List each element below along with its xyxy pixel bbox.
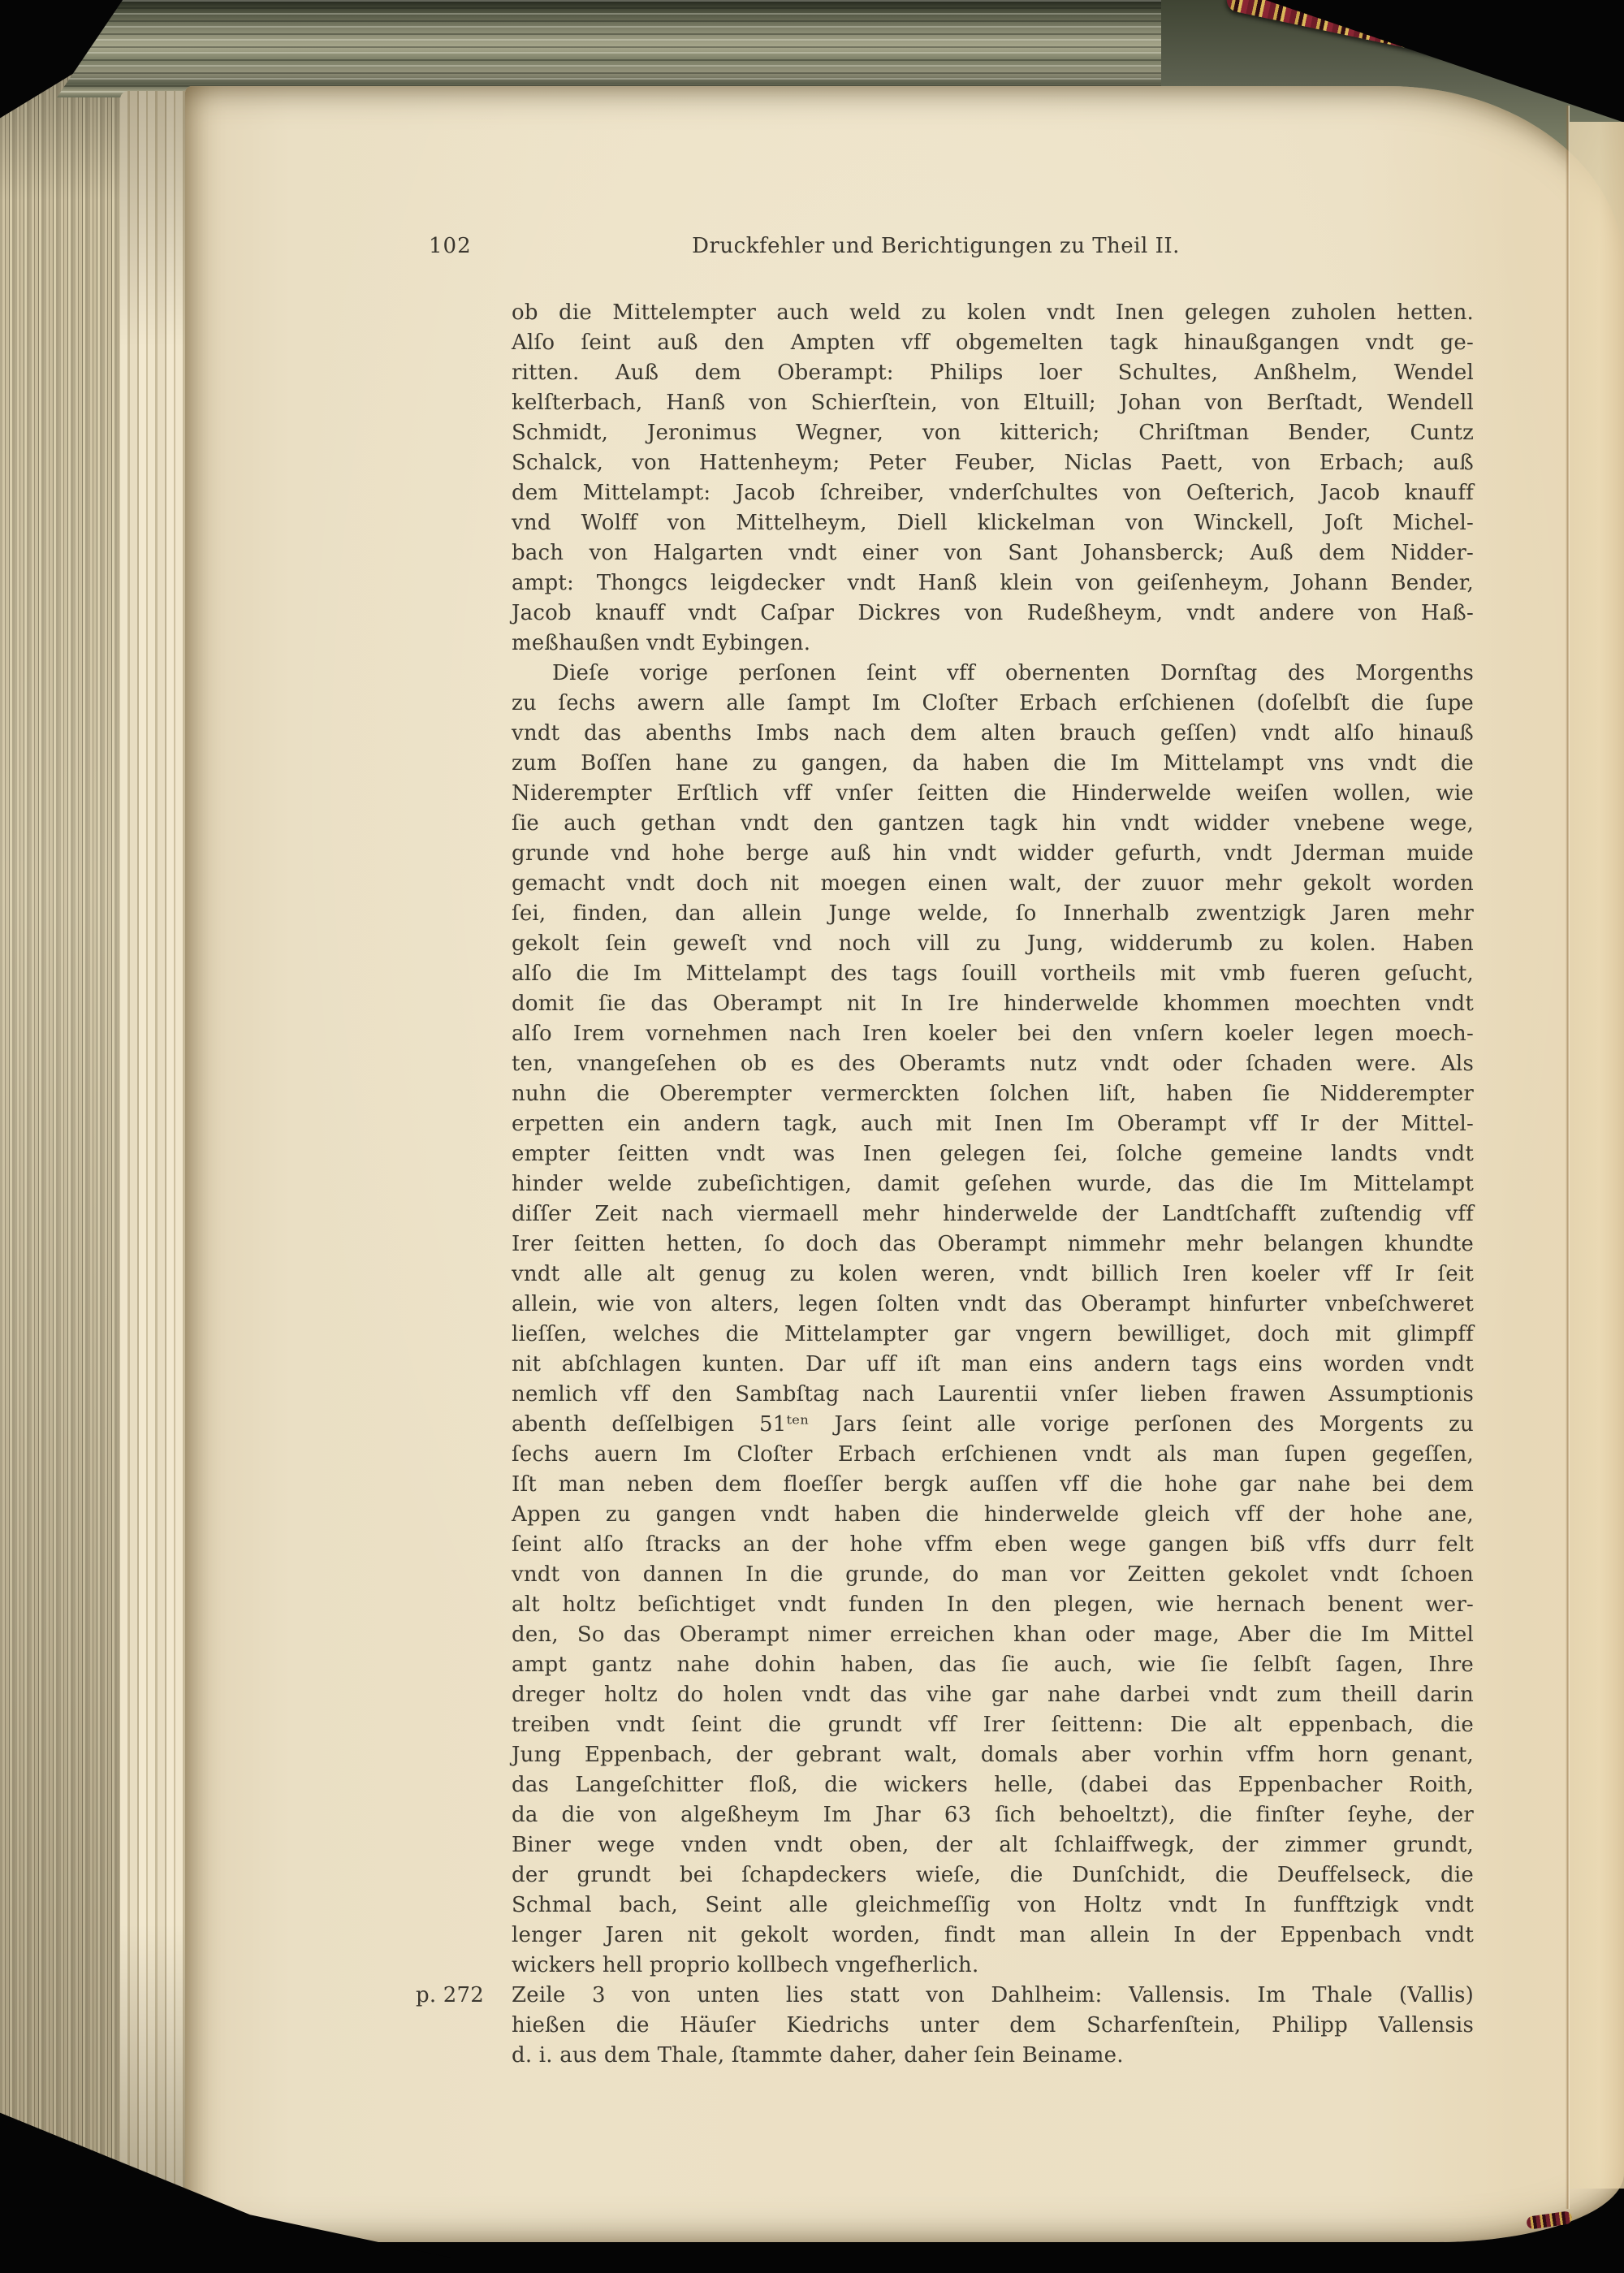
text-line: wickers hell proprio kollbech vngefherli… [512,1951,1474,1981]
text-line: zum Boſſen hane zu gangen, da haben die … [512,749,1474,779]
text-line: empter ſeitten vndt was Inen gelegen ſei… [512,1139,1474,1169]
text-line: grunde vnd hohe berge auß hin vndt widde… [512,839,1474,869]
text-line: ampt gantz nahe dohin haben, das ſie auc… [512,1650,1474,1680]
text-line: abenth deſſelbigen 51ᵗᵉⁿ Jars ſeint alle… [512,1410,1474,1440]
text-line: treiben vndt ſeint die grundt vff Irer ſ… [512,1710,1474,1740]
text-line: hinder welde zubeſichtigen, damit geſehe… [512,1169,1474,1199]
text-line: Schmal bach, Seint alle gleichmeſſig von… [512,1891,1474,1921]
text-line: vndt von dannen In die grunde, do man vo… [512,1560,1474,1590]
text-line: ten, vnangeſehen ob es des Oberamts nutz… [512,1049,1474,1079]
text-line: lieſſen, welches die Mittelampter gar vn… [512,1320,1474,1350]
text-line: ritten. Auß dem Oberampt: Philips loer S… [512,358,1474,388]
running-header: Druckfehler und Berichtigungen zu Theil … [512,231,1474,261]
text-line: da die von algeßheym Im Jhar 63 ſich beh… [512,1800,1474,1830]
text-line: dem Mittelampt: Jacob ſchreiber, vnderſc… [512,478,1474,508]
text-line: allein, wie von alters, legen ſolten vnd… [512,1290,1474,1320]
text-line: lenger Jaren nit gekolt worden, findt ma… [512,1921,1474,1951]
page-number: 102 [429,231,472,261]
text-line: Irer ſeitten hetten, ſo doch das Oberamp… [512,1229,1474,1260]
text-line: ſie auch gethan vndt den gantzen tagk hi… [512,809,1474,839]
text-line: Alſo ſeint auß den Ampten vff obgemelten… [512,328,1474,358]
text-line: d. i. aus dem Thale, ſtammte daher, dahe… [512,2041,1474,2071]
text-line: ſeint alſo ſtracks an der hohe vffm eben… [512,1530,1474,1560]
text-line: Niderempter Erſtlich vff vnſer ſeitten d… [512,779,1474,809]
text-line: Iſt man neben dem floeſſer bergk auſſen … [512,1470,1474,1500]
text-line: Jung Eppenbach, der gebrant walt, domals… [512,1740,1474,1770]
text-line: vndt das abenths Imbs nach dem alten bra… [512,719,1474,749]
text-line: vndt alle alt genug zu kolen weren, vndt… [512,1260,1474,1290]
text-line: nit abſchlagen kunten. Dar uff iſt man e… [512,1350,1474,1380]
text-line: Appen zu gangen vndt haben die hinderwel… [512,1500,1474,1530]
page-stack-steps [120,91,195,2223]
text-line: ſechs auern Im Cloſter Erbach erſchienen… [512,1440,1474,1470]
text-line: Dieſe vorige perſonen ſeint vff obernent… [512,659,1474,689]
page-stack-fore-edge [0,0,128,2229]
book-photo: 102 Druckfehler und Berichtigungen zu Th… [0,0,1624,2273]
text-line: zu ſechs awern alle ſampt Im Cloſter Erb… [512,689,1474,719]
text-line: erpetten ein andern tagk, auch mit Inen … [512,1109,1474,1139]
page-crease [1566,106,1570,2209]
text-line: gemacht vndt doch nit moegen einen walt,… [512,869,1474,899]
text-line: der grundt bei ſchapdeckers wieſe, die D… [512,1860,1474,1891]
fore-edge-margin [1570,122,1624,2189]
text-line: diſſer Zeit nach viermaell mehr hinderwe… [512,1199,1474,1229]
entry-page-ref: p. 272 [416,1981,484,2011]
text-line: den, So das Oberampt nimer erreichen kha… [512,1620,1474,1650]
text-line: gekolt ſein geweſt vnd noch vill zu Jung… [512,929,1474,959]
page-content: 102 Druckfehler und Berichtigungen zu Th… [512,231,1474,2071]
text-line: alſo Irem vornehmen nach Iren koeler bei… [512,1019,1474,1049]
text-line: ſei, finden, dan allein Junge welde, ſo … [512,899,1474,929]
text-line: bach von Halgarten vndt einer von Sant J… [512,538,1474,568]
text-body: ob die Mittelempter auch weld zu kolen v… [512,298,1474,2071]
text-line: p. 272Zeile 3 von unten lies statt von D… [512,1981,1474,2011]
page-header: 102 Druckfehler und Berichtigungen zu Th… [512,231,1474,261]
text-line: das Langeſchitter floß, die wickers hell… [512,1770,1474,1800]
text-line: alt holtz beſichtiget vndt funden In den… [512,1590,1474,1620]
text-line: nemlich vff den Sambſtag nach Laurentii … [512,1380,1474,1410]
text-line: Schalck, von Hattenheym; Peter Feuber, N… [512,448,1474,478]
text-line: dreger holtz do holen vndt das vihe gar … [512,1680,1474,1710]
text-line: ob die Mittelempter auch weld zu kolen v… [512,298,1474,328]
text-line: alſo die Im Mittelampt des tags ſouill v… [512,959,1474,989]
text-line: kelſterbach, Hanß von Schierſtein, von E… [512,388,1474,418]
text-line: meßhaußen vndt Eybingen. [512,629,1474,659]
text-line: vnd Wolff von Mittelheym, Diell klickelm… [512,508,1474,538]
text-line: Jacob knauff vndt Caſpar Dickres von Rud… [512,598,1474,629]
text-line: hießen die Häuſer Kiedrichs unter dem Sc… [512,2011,1474,2041]
text-line: Biner wege vnden vndt oben, der alt ſchl… [512,1830,1474,1860]
text-line: domit ſie das Oberampt nit In Ire hinder… [512,989,1474,1019]
text-line: Schmidt, Jeronimus Wegner, von kitterich… [512,418,1474,448]
text-line: nuhn die Oberempter vermerckten ſolchen … [512,1079,1474,1109]
text-line: ampt: Thongcs leigdecker vndt Hanß klein… [512,568,1474,598]
